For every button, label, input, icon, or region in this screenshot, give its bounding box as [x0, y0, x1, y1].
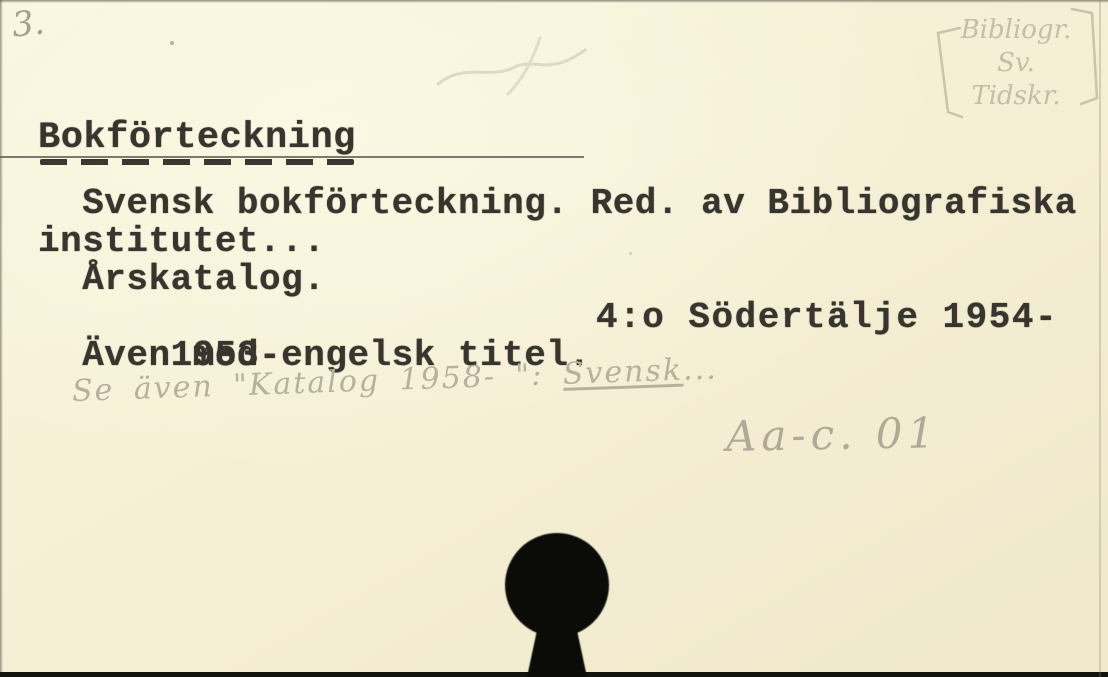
typed-line-title-continuation: institutet...: [38, 223, 325, 261]
see-also-suffix: ...: [682, 351, 718, 387]
keyhole-punch-hole-icon: [496, 529, 622, 677]
call-number: Aa-c. 01: [726, 408, 940, 461]
typed-line-title-statement: Svensk bokförteckning. Red. av Bibliogra…: [38, 185, 1077, 223]
see-also-reference: Svensk: [562, 353, 683, 392]
typed-line-series-note: Årskatalog.: [38, 261, 325, 299]
heading-dashed-underline: [40, 159, 354, 165]
catalog-card: 3. Bibliogr. Sv. Tidskr. Bokförteckning …: [0, 0, 1108, 677]
classification-note-line: Bibliogr.: [946, 14, 1086, 47]
paper-speck: [629, 252, 632, 255]
classification-note: Bibliogr. Sv. Tidskr.: [946, 14, 1086, 113]
classification-note-line: Sv.: [946, 47, 1086, 80]
paper-speck: [170, 41, 174, 45]
scan-edge-top: [0, 0, 1108, 3]
erased-pencil-scribble-icon: [420, 22, 610, 102]
scan-edge-left: [0, 0, 3, 677]
typed-format-imprint: 4:o Södertälje 1954-: [596, 299, 1058, 337]
classification-note-line: Tidskr.: [946, 80, 1086, 113]
card-sequence-number: 3.: [10, 2, 46, 45]
card-heading: Bokförteckning: [38, 119, 356, 157]
